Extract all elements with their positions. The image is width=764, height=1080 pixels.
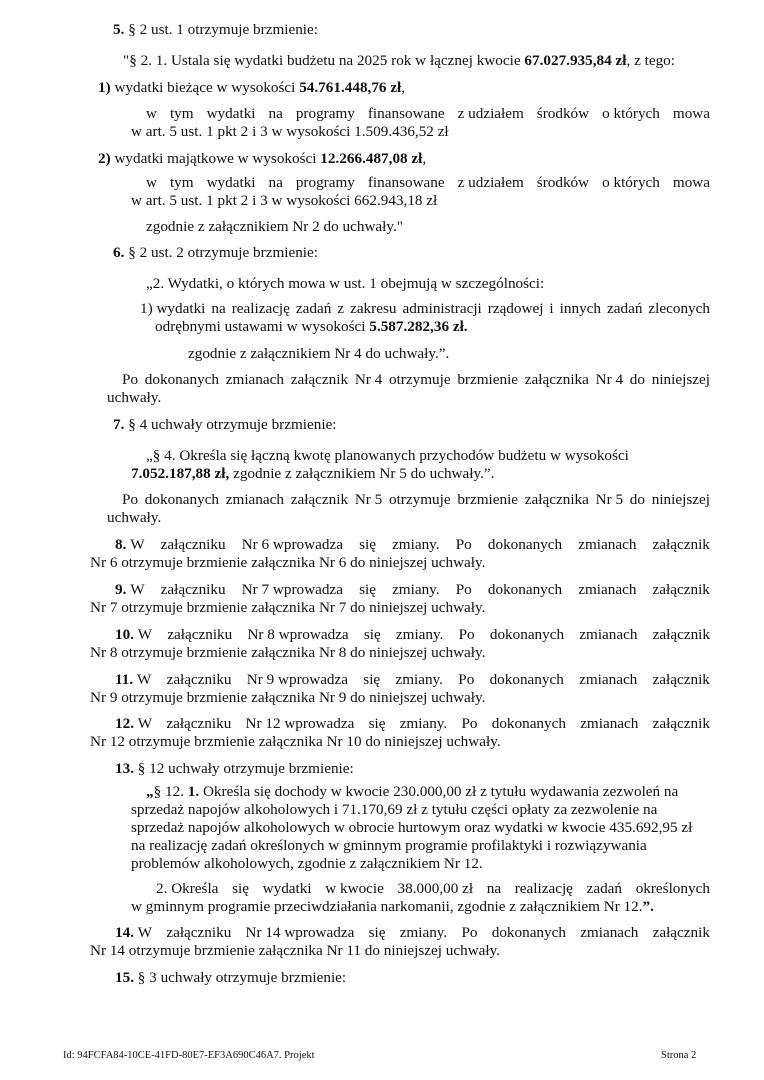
word: zleconych bbox=[648, 300, 710, 318]
justified-line: PodokonanychzmianachzałącznikNr 5otrzymu… bbox=[122, 491, 710, 509]
word: w bbox=[146, 105, 157, 123]
word: załącznik bbox=[653, 715, 710, 733]
justified-line: 2. Określasięwydatkiw kwocie38.000,00 zł… bbox=[156, 880, 710, 898]
word: innych bbox=[560, 300, 601, 318]
word: zadań bbox=[607, 300, 642, 318]
word: do bbox=[630, 491, 645, 509]
capital-expenses-amount: 12.266.487,08 zł bbox=[320, 150, 422, 167]
word: 8. W bbox=[115, 536, 145, 554]
delegated-tasks-amount: 5.587.282,36 zł. bbox=[369, 318, 467, 335]
item-6-point-1-line2: odrębnymi ustawami w wysokości 5.587.282… bbox=[155, 318, 468, 336]
word: Nr 4 bbox=[355, 371, 382, 389]
word: w bbox=[146, 174, 157, 192]
item-11: 11. WzałącznikuNr 9 wprowadzasięzmiany.P… bbox=[115, 671, 710, 689]
word: Nr 5 bbox=[355, 491, 382, 509]
intro-text: § 4 uchwały otrzymuje brzmienie: bbox=[124, 416, 336, 433]
word: zmiany. bbox=[396, 626, 444, 644]
word: mowa bbox=[673, 174, 710, 192]
item-11-line2: Nr 9 otrzymuje brzmienie załącznika Nr 9… bbox=[90, 689, 485, 707]
word: załącznik bbox=[291, 371, 348, 389]
point-text: odrębnymi ustawami w wysokości bbox=[155, 318, 369, 335]
intro-text: § 3 uchwały otrzymuje brzmienie: bbox=[134, 969, 346, 986]
item-5-point-2-sub-line2: w art. 5 ust. 1 pkt 2 i 3 w wysokości 66… bbox=[131, 192, 437, 210]
document-id: Id: 94FCFA84-10CE-41FD-80E7-EF3A690C46A7… bbox=[63, 1049, 315, 1063]
item-12: 12. WzałącznikuNr 12 wprowadzasięzmiany.… bbox=[115, 715, 710, 733]
word: Po bbox=[461, 924, 477, 942]
item-15-intro: 15. § 3 uchwały otrzymuje brzmienie: bbox=[115, 969, 346, 987]
justified-line: 8. WzałącznikuNr 6 wprowadzasięzmiany.Po… bbox=[115, 536, 710, 554]
quote-mark: „ bbox=[146, 783, 154, 800]
page-number: Strona 2 bbox=[661, 1049, 696, 1063]
word: Nr 6 wprowadza bbox=[242, 536, 343, 554]
word: finansowane bbox=[368, 174, 445, 192]
item-13-intro: 13. § 12 uchwały otrzymuje brzmienie: bbox=[115, 760, 354, 778]
intro-text: § 2 ust. 1 otrzymuje brzmienie: bbox=[124, 21, 318, 38]
item-5-intro: 5. § 2 ust. 1 otrzymuje brzmienie: bbox=[113, 21, 318, 39]
item-number: 6. bbox=[113, 244, 124, 261]
word: środków bbox=[537, 174, 589, 192]
paragraph-sign: § 12. bbox=[154, 783, 188, 800]
word: załącznika bbox=[525, 491, 589, 509]
item-7-quote-line2: 7.052.187,88 zł, zgodnie z załącznikiem … bbox=[131, 465, 494, 483]
item-14-line2: Nr 14 otrzymuje brzmienie załącznika Nr … bbox=[90, 942, 500, 960]
word: tym bbox=[170, 174, 194, 192]
item-13-quote-line4: na realizację zadań określonych w gminny… bbox=[131, 837, 647, 855]
item-number: 14. bbox=[115, 924, 138, 941]
revenue-amount: 7.052.187,88 zł, bbox=[131, 465, 229, 482]
item-13-section-2-line2: w gminnym programie przeciwdziałania nar… bbox=[131, 898, 654, 916]
word: dokonanych bbox=[145, 491, 219, 509]
word: zmianach bbox=[226, 491, 284, 509]
item-number: 7. bbox=[113, 416, 124, 433]
item-number: 10. bbox=[115, 626, 138, 643]
word: z udziałem bbox=[458, 105, 524, 123]
item-number: 15. bbox=[115, 969, 134, 986]
word: dokonanych bbox=[492, 924, 566, 942]
word: na bbox=[487, 880, 501, 898]
quote-end: , z tego: bbox=[626, 52, 675, 69]
word: zmianach bbox=[578, 536, 636, 554]
word: Nr 5 bbox=[596, 491, 623, 509]
word: Nr 12 wprowadza bbox=[246, 715, 355, 733]
item-13-quote-line3: sprzedaż napojów alkoholowych w obrocie … bbox=[131, 819, 692, 837]
word: mowa bbox=[673, 105, 710, 123]
word: załączniku bbox=[167, 671, 232, 689]
item-12-line2: Nr 12 otrzymuje brzmienie załącznika Nr … bbox=[90, 733, 501, 751]
word: programy bbox=[296, 105, 355, 123]
item-5-point-1-sub-line2: w art. 5 ust. 1 pkt 2 i 3 w wysokości 1.… bbox=[131, 123, 449, 141]
item-13-section-2: 2. Określasięwydatkiw kwocie38.000,00 zł… bbox=[156, 880, 710, 898]
item-10-line2: Nr 8 otrzymuje brzmienie załącznika Nr 8… bbox=[90, 644, 485, 662]
justified-line: 10. WzałącznikuNr 8 wprowadzasięzmiany.P… bbox=[115, 626, 710, 644]
word: wydatki bbox=[207, 174, 256, 192]
item-5-point-2-sub: wtymwydatkinaprogramyfinansowanez udział… bbox=[146, 174, 710, 192]
word: Po bbox=[456, 536, 472, 554]
point-number: 1) bbox=[98, 79, 111, 96]
item-number: 8. bbox=[115, 536, 130, 553]
word: dokonanych bbox=[145, 371, 219, 389]
word: 14. W bbox=[115, 924, 152, 942]
word: Po bbox=[458, 671, 474, 689]
word: załączniku bbox=[161, 536, 226, 554]
item-number: 5. bbox=[113, 21, 124, 38]
justified-line: PodokonanychzmianachzałącznikNr 4otrzymu… bbox=[122, 371, 710, 389]
word: tym bbox=[170, 105, 194, 123]
word: wydatki bbox=[263, 880, 312, 898]
word: 10. W bbox=[115, 626, 152, 644]
word: się bbox=[363, 671, 380, 689]
word: załączniku bbox=[166, 715, 231, 733]
word: zadań bbox=[587, 880, 622, 898]
word: zmianach bbox=[226, 371, 284, 389]
word: programy bbox=[296, 174, 355, 192]
word: dokonanych bbox=[492, 715, 566, 733]
word: zmiany. bbox=[400, 715, 448, 733]
word: się bbox=[359, 581, 376, 599]
item-8-line2: Nr 6 otrzymuje brzmienie załącznika Nr 6… bbox=[90, 554, 485, 572]
quote-text: Określa się dochody w kwocie 230.000,00 … bbox=[199, 783, 678, 800]
word: Po bbox=[456, 581, 472, 599]
item-7-intro: 7. § 4 uchwały otrzymuje brzmienie: bbox=[113, 416, 337, 434]
item-5-point-1-sub: wtymwydatkinaprogramyfinansowanez udział… bbox=[146, 105, 710, 123]
item-8: 8. WzałącznikuNr 6 wprowadzasięzmiany.Po… bbox=[115, 536, 710, 554]
item-9-line2: Nr 7 otrzymuje brzmienie załącznika Nr 7… bbox=[90, 599, 485, 617]
word: załączniku bbox=[166, 924, 231, 942]
word: na bbox=[269, 174, 283, 192]
word: i bbox=[549, 300, 553, 318]
word: niniejszej bbox=[652, 491, 710, 509]
word: Po bbox=[459, 626, 475, 644]
item-number: 11. bbox=[115, 671, 137, 688]
word: 38.000,00 zł bbox=[398, 880, 474, 898]
word: Po bbox=[122, 491, 138, 509]
item-7-after-line2: uchwały. bbox=[107, 509, 161, 527]
word: załącznik bbox=[653, 671, 710, 689]
word: 12. W bbox=[115, 715, 152, 733]
quote-text: "§ 2. 1. Ustala się wydatki budżetu na 2… bbox=[123, 52, 524, 69]
justified-line: wtymwydatkinaprogramyfinansowanez udział… bbox=[146, 105, 710, 123]
item-6-closing: zgodnie z załącznikiem Nr 4 do uchwały.”… bbox=[188, 345, 449, 363]
item-number: 13. bbox=[115, 760, 134, 777]
word: załącznika bbox=[525, 371, 589, 389]
item-6-after: PodokonanychzmianachzałącznikNr 4otrzymu… bbox=[122, 371, 710, 389]
word: niniejszej bbox=[652, 371, 710, 389]
word: się bbox=[232, 880, 249, 898]
word: dokonanych bbox=[490, 626, 564, 644]
word: wydatki bbox=[207, 105, 256, 123]
word: załącznik bbox=[653, 536, 710, 554]
punct: , bbox=[422, 150, 426, 167]
word: zmianach bbox=[578, 581, 636, 599]
word: zmiany. bbox=[395, 671, 443, 689]
item-13-quote-line5: problemów alkoholowych, zgodnie z załącz… bbox=[131, 855, 483, 873]
word: rządowej bbox=[488, 300, 544, 318]
word: zmianach bbox=[579, 671, 637, 689]
word: załączniku bbox=[161, 581, 226, 599]
section-number: 1. bbox=[188, 783, 199, 800]
item-7-quote-line1: „§ 4. Określa się łączną kwotę planowany… bbox=[146, 447, 629, 465]
word: otrzymuje bbox=[389, 371, 451, 389]
word: z udziałem bbox=[458, 174, 524, 192]
total-amount: 67.027.935,84 zł bbox=[524, 52, 626, 69]
word: o których bbox=[602, 105, 660, 123]
word: Nr 7 wprowadza bbox=[242, 581, 343, 599]
word: w kwocie bbox=[325, 880, 384, 898]
word: zmianach bbox=[579, 626, 637, 644]
intro-text: § 2 ust. 2 otrzymuje brzmienie: bbox=[124, 244, 318, 261]
word: się bbox=[364, 626, 381, 644]
word: realizację bbox=[515, 880, 573, 898]
item-5-closing: zgodnie z załącznikiem Nr 2 do uchwały." bbox=[146, 218, 403, 236]
word: z bbox=[337, 300, 344, 318]
word: Nr 9 wprowadza bbox=[247, 671, 348, 689]
word: na bbox=[211, 300, 225, 318]
word: Nr 8 wprowadza bbox=[247, 626, 348, 644]
justified-line: 14. WzałącznikuNr 14 wprowadzasięzmiany.… bbox=[115, 924, 710, 942]
item-6-point-1: 1) wydatkinarealizacjęzadańzzakresuadmin… bbox=[140, 300, 710, 318]
item-7-after: PodokonanychzmianachzałącznikNr 5otrzymu… bbox=[122, 491, 710, 509]
point-number: 2) bbox=[98, 150, 111, 167]
quote-close: ”. bbox=[643, 898, 654, 915]
word: Nr 4 bbox=[596, 371, 623, 389]
word: zmianach bbox=[580, 715, 638, 733]
word: załącznik bbox=[653, 581, 710, 599]
word: zakresu bbox=[350, 300, 396, 318]
quote-text: w gminnym programie przeciwdziałania nar… bbox=[131, 898, 643, 915]
word: zmianach bbox=[580, 924, 638, 942]
word: dokonanych bbox=[490, 671, 564, 689]
word: załączniku bbox=[167, 626, 232, 644]
word: Po bbox=[461, 715, 477, 733]
point-text: wydatki bieżące w wysokości bbox=[111, 79, 300, 96]
word: 9. W bbox=[115, 581, 145, 599]
word: się bbox=[369, 924, 386, 942]
word: o których bbox=[602, 174, 660, 192]
word: finansowane bbox=[368, 105, 445, 123]
intro-text: § 12 uchwały otrzymuje brzmienie: bbox=[134, 760, 354, 777]
item-6-quote: „2. Wydatki, o których mowa w ust. 1 obe… bbox=[146, 275, 544, 293]
word: zmiany. bbox=[400, 924, 448, 942]
current-expenses-amount: 54.761.448,76 zł bbox=[299, 79, 401, 96]
word: Nr 14 wprowadza bbox=[246, 924, 355, 942]
justified-line: 9. WzałącznikuNr 7 wprowadzasięzmiany.Po… bbox=[115, 581, 710, 599]
word: zadań bbox=[296, 300, 331, 318]
item-13-quote-line1: „§ 12. 1. Określa się dochody w kwocie 2… bbox=[146, 783, 678, 801]
quote-text: zgodnie z załącznikiem Nr 5 do uchwały.”… bbox=[229, 465, 494, 482]
item-5-quote: "§ 2. 1. Ustala się wydatki budżetu na 2… bbox=[123, 52, 675, 70]
item-14: 14. WzałącznikuNr 14 wprowadzasięzmiany.… bbox=[115, 924, 710, 942]
item-6-after-line2: uchwały. bbox=[107, 389, 161, 407]
item-number: 12. bbox=[115, 715, 138, 732]
word: określonych bbox=[636, 880, 710, 898]
word: na bbox=[269, 105, 283, 123]
word: administracji bbox=[402, 300, 481, 318]
item-5-point-1: 1) wydatki bieżące w wysokości 54.761.44… bbox=[98, 79, 405, 97]
word: otrzymuje bbox=[389, 491, 451, 509]
word: załącznik bbox=[653, 626, 710, 644]
justified-line: 11. WzałącznikuNr 9 wprowadzasięzmiany.P… bbox=[115, 671, 710, 689]
word: 11. W bbox=[115, 671, 151, 689]
word: realizację bbox=[232, 300, 290, 318]
word: środków bbox=[537, 105, 589, 123]
punct: , bbox=[401, 79, 405, 96]
item-6-intro: 6. § 2 ust. 2 otrzymuje brzmienie: bbox=[113, 244, 318, 262]
word: dokonanych bbox=[488, 536, 562, 554]
word: załącznik bbox=[291, 491, 348, 509]
item-number: 9. bbox=[115, 581, 130, 598]
word: do bbox=[630, 371, 645, 389]
word: dokonanych bbox=[488, 581, 562, 599]
point-text: wydatki majątkowe w wysokości bbox=[111, 150, 321, 167]
word: się bbox=[369, 715, 386, 733]
justified-line: 12. WzałącznikuNr 12 wprowadzasięzmiany.… bbox=[115, 715, 710, 733]
word: 2. Określa bbox=[156, 880, 218, 898]
word: zmiany. bbox=[392, 536, 440, 554]
word: się bbox=[359, 536, 376, 554]
word: brzmienie bbox=[457, 371, 518, 389]
item-13-quote-line2: sprzedaż napojów alkoholowych i 71.170,6… bbox=[131, 801, 657, 819]
word: Po bbox=[122, 371, 138, 389]
word: 1) wydatki bbox=[140, 300, 205, 318]
word: załącznik bbox=[653, 924, 710, 942]
word: zmiany. bbox=[392, 581, 440, 599]
item-10: 10. WzałącznikuNr 8 wprowadzasięzmiany.P… bbox=[115, 626, 710, 644]
item-5-point-2: 2) wydatki majątkowe w wysokości 12.266.… bbox=[98, 150, 426, 168]
item-9: 9. WzałącznikuNr 7 wprowadzasięzmiany.Po… bbox=[115, 581, 710, 599]
word: brzmienie bbox=[457, 491, 518, 509]
justified-line: 1) wydatkinarealizacjęzadańzzakresuadmin… bbox=[140, 300, 710, 318]
justified-line: wtymwydatkinaprogramyfinansowanez udział… bbox=[146, 174, 710, 192]
